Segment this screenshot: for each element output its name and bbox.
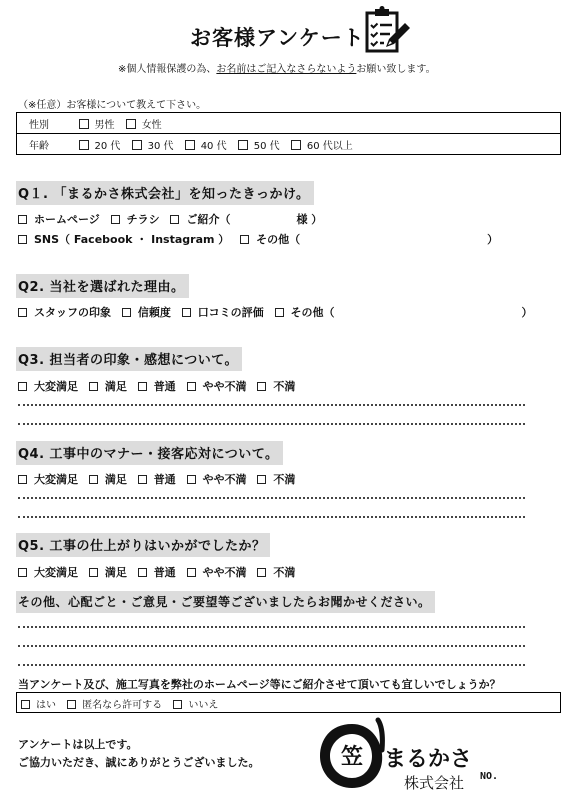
checkbox[interactable]	[132, 140, 142, 150]
consent-question: 当アンケート及び、施工写真を弊社のホームページ等にご紹介させて頂いても宜しいでし…	[18, 676, 501, 692]
question-4-title: Q4. 工事中のマナー・接客応対について。	[16, 441, 283, 465]
age-option-30s[interactable]: 30 代	[132, 141, 174, 152]
checkbox[interactable]	[122, 308, 131, 317]
q5-option-very-satisfied[interactable]: 大変満足	[18, 566, 78, 579]
checkbox[interactable]	[240, 235, 249, 244]
q1-option-flyer[interactable]: チラシ	[111, 213, 160, 226]
checkbox[interactable]	[18, 235, 27, 244]
q4-comment-line-1[interactable]	[18, 497, 525, 499]
q2-option-reviews[interactable]: 口コミの評価	[182, 306, 264, 319]
clipboard-checklist-pen-icon	[362, 5, 412, 55]
question-2-options: スタッフの印象 信頼度 口コミの評価 その他（ ）	[18, 304, 540, 320]
age-row: 年齢 20 代 30 代 40 代 50 代 60 代以上	[17, 134, 561, 155]
checkbox[interactable]	[182, 308, 191, 317]
q3-option-very-satisfied[interactable]: 大変満足	[18, 380, 78, 393]
consent-options: はい 匿名なら許可する いいえ	[16, 692, 561, 713]
company-logo: 笠 まるかさ 株式会社	[316, 716, 476, 796]
age-option-20s[interactable]: 20 代	[79, 141, 121, 152]
q1-option-sns[interactable]: SNS（ Facebook ・ Instagram ）	[18, 233, 229, 246]
svg-text:まるかさ: まるかさ	[384, 746, 472, 772]
checkbox[interactable]	[257, 568, 266, 577]
checkbox[interactable]	[67, 700, 76, 709]
q4-option-satisfied[interactable]: 満足	[89, 473, 127, 486]
checkbox[interactable]	[126, 119, 136, 129]
checkbox[interactable]	[89, 382, 98, 391]
age-label: 年齢	[17, 134, 79, 155]
q1-option-referral[interactable]: ご紹介（ 様 ）	[170, 213, 322, 226]
checkbox[interactable]	[18, 382, 27, 391]
q2-option-trust[interactable]: 信頼度	[122, 306, 171, 319]
privacy-notice: ※個人情報保護の為、お名前はご記入なさらないようお願い致します。	[118, 60, 436, 75]
other-comments-title: その他、心配ごと・ご意見・ご要望等ございましたらお聞かせください。	[16, 591, 435, 613]
checkbox[interactable]	[111, 215, 120, 224]
checkbox[interactable]	[18, 568, 27, 577]
q4-option-neutral[interactable]: 普通	[138, 473, 176, 486]
checkbox[interactable]	[18, 475, 27, 484]
consent-option-anonymous[interactable]: 匿名なら許可する	[67, 700, 162, 711]
customer-info-caption: （※任意）お客様について教えて下さい。	[18, 96, 206, 111]
age-option-50s[interactable]: 50 代	[238, 141, 280, 152]
q3-comment-line-2[interactable]	[18, 423, 525, 425]
notice-underlined: お名前はご記入なさらないよう	[216, 64, 356, 75]
checkbox[interactable]	[138, 568, 147, 577]
svg-text:笠: 笠	[341, 744, 363, 770]
q4-option-very-satisfied[interactable]: 大変満足	[18, 473, 78, 486]
checkbox[interactable]	[257, 382, 266, 391]
q2-option-other[interactable]: その他（ ）	[275, 306, 533, 319]
checkbox[interactable]	[170, 215, 179, 224]
gender-option-male[interactable]: 男性	[79, 120, 115, 131]
other-comment-line-2[interactable]	[18, 645, 525, 647]
checkbox[interactable]	[18, 215, 27, 224]
notice-prefix: ※個人情報保護の為、	[118, 64, 216, 75]
checkbox[interactable]	[79, 140, 89, 150]
customer-info-table: 性別 男性 女性 年齢 20 代 30 代 40 代 50 代 60 代以上	[16, 112, 561, 155]
checkbox[interactable]	[185, 140, 195, 150]
question-3-title: Q3. 担当者の印象・感想について。	[16, 347, 242, 371]
checkbox[interactable]	[89, 568, 98, 577]
checkbox[interactable]	[138, 475, 147, 484]
checkbox[interactable]	[187, 382, 196, 391]
other-comment-line-1[interactable]	[18, 626, 525, 628]
q3-option-satisfied[interactable]: 満足	[89, 380, 127, 393]
other-comment-line-3[interactable]	[18, 664, 525, 666]
q5-option-somewhat-dissatisfied[interactable]: やや不満	[187, 566, 247, 579]
question-4-options: 大変満足 満足 普通 やや不満 不満	[18, 471, 302, 487]
checkbox[interactable]	[138, 382, 147, 391]
q5-option-satisfied[interactable]: 満足	[89, 566, 127, 579]
q3-comment-line-1[interactable]	[18, 404, 525, 406]
question-1-title: Q１. 「まるかさ株式会社」を知ったきっかけ。	[16, 181, 314, 205]
gender-label: 性別	[17, 113, 79, 134]
svg-text:株式会社: 株式会社	[404, 774, 464, 792]
age-option-60s-plus[interactable]: 60 代以上	[291, 141, 353, 152]
checkbox[interactable]	[173, 700, 182, 709]
q2-option-staff-impression[interactable]: スタッフの印象	[18, 306, 111, 319]
q1-option-homepage[interactable]: ホームページ	[18, 213, 100, 226]
gender-row: 性別 男性 女性	[17, 113, 561, 134]
q4-comment-line-2[interactable]	[18, 516, 525, 518]
consent-option-no[interactable]: いいえ	[173, 700, 218, 711]
q3-option-neutral[interactable]: 普通	[138, 380, 176, 393]
checkbox[interactable]	[89, 475, 98, 484]
checkbox[interactable]	[291, 140, 301, 150]
question-1-options-line-2: SNS（ Facebook ・ Instagram ） その他（ ）	[18, 231, 505, 247]
q4-option-dissatisfied[interactable]: 不満	[257, 473, 295, 486]
checkbox[interactable]	[275, 308, 284, 317]
survey-number-label: NO.	[480, 771, 498, 782]
notice-suffix: お願い致します。	[356, 64, 435, 75]
question-5-title: Q5. 工事の仕上がりはいかがでしたか？	[16, 533, 270, 557]
q5-option-dissatisfied[interactable]: 不満	[257, 566, 295, 579]
question-3-options: 大変満足 満足 普通 やや不満 不満	[18, 378, 302, 394]
consent-option-yes[interactable]: はい	[21, 700, 56, 711]
question-5-options: 大変満足 満足 普通 やや不満 不満	[18, 564, 302, 580]
question-2-title: Q2. 当社を選ばれた理由。	[16, 274, 189, 298]
checkbox[interactable]	[257, 475, 266, 484]
thanks-line-2: ご協力いただき、誠にありがとうございました。	[18, 754, 260, 770]
q3-option-dissatisfied[interactable]: 不満	[257, 380, 295, 393]
q1-option-other[interactable]: その他（ ）	[240, 233, 498, 246]
checkbox[interactable]	[187, 475, 196, 484]
q5-option-neutral[interactable]: 普通	[138, 566, 176, 579]
checkbox[interactable]	[18, 308, 27, 317]
checkbox[interactable]	[187, 568, 196, 577]
checkbox[interactable]	[238, 140, 248, 150]
q3-option-somewhat-dissatisfied[interactable]: やや不満	[187, 380, 247, 393]
page-title: お客様アンケート	[190, 22, 365, 52]
age-option-40s[interactable]: 40 代	[185, 141, 227, 152]
question-1-options-line-1: ホームページ チラシ ご紹介（ 様 ）	[18, 211, 329, 227]
checkbox[interactable]	[79, 119, 89, 129]
gender-option-female[interactable]: 女性	[126, 120, 162, 131]
thanks-line-1: アンケートは以上です。	[18, 736, 137, 752]
q4-option-somewhat-dissatisfied[interactable]: やや不満	[187, 473, 247, 486]
checkbox[interactable]	[21, 700, 30, 709]
